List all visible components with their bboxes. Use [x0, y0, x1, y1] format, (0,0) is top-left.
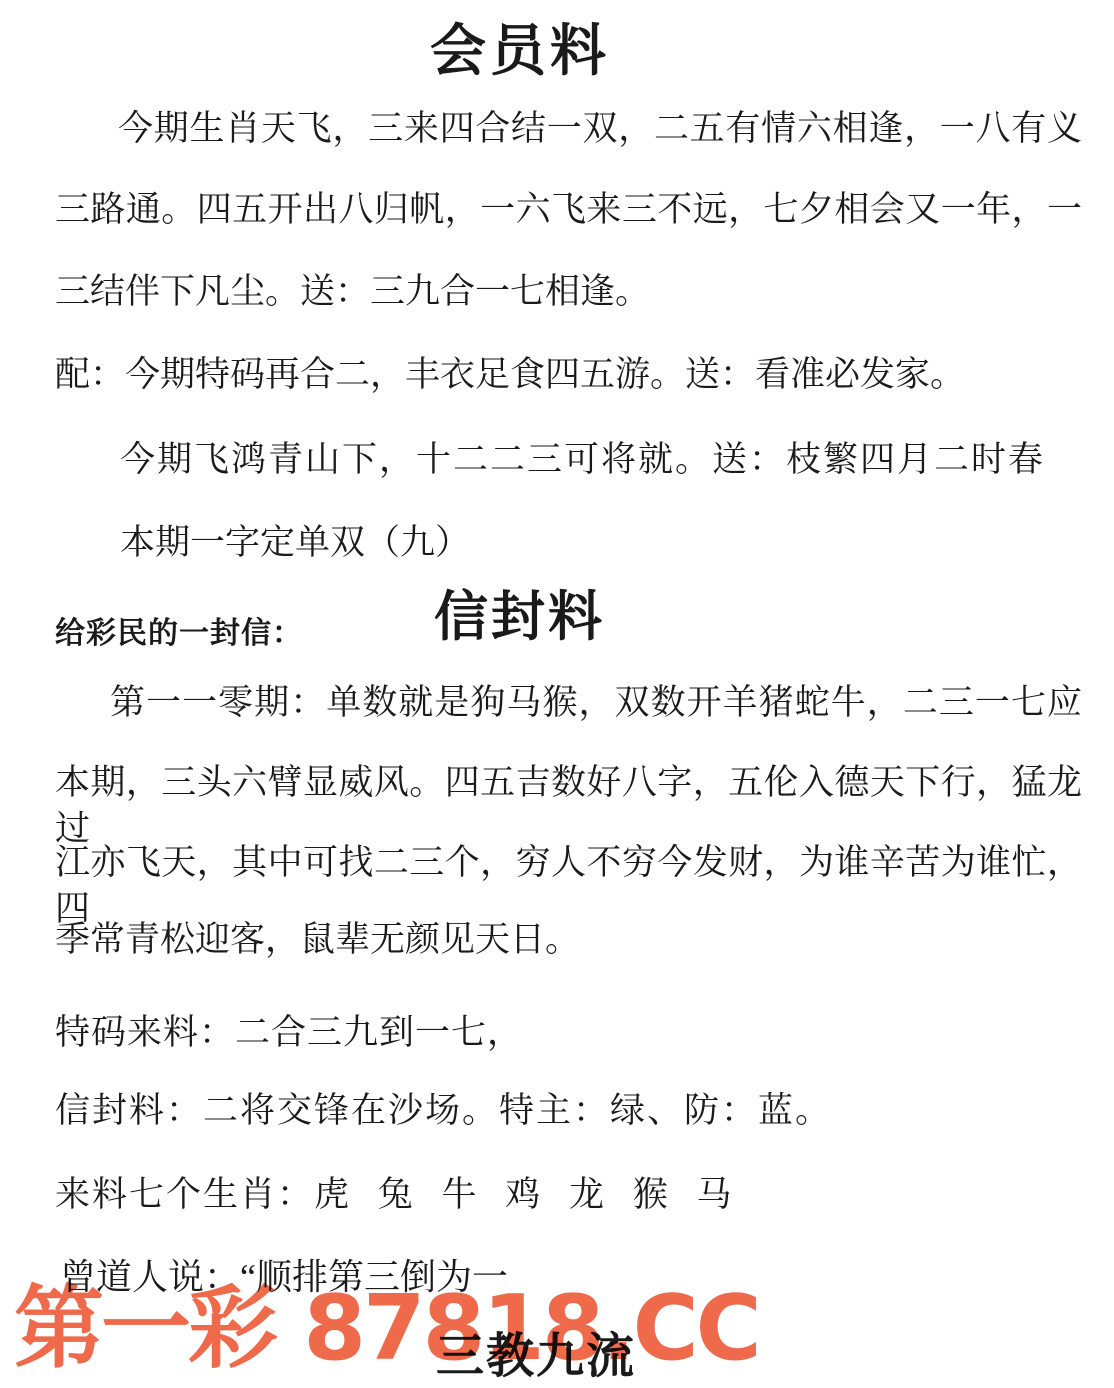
site-watermark: 第一彩 87818.CC: [14, 1284, 759, 1374]
pei-line: 配：今期特码再合二，丰衣足食四五游。送：看准必发家。: [55, 352, 965, 398]
scanned-document-page: 会员料 今期生肖天飞，三来四合结一双，二五有情六相逢，一八有义 三路通。四五开出…: [0, 0, 1114, 1388]
envelope-paragraph-line-4: 季常青松迎客，鼠辈无颜见天日。: [55, 917, 580, 963]
member-paragraph-line-3: 三结伴下凡尘。送：三九合一七相逢。: [55, 269, 650, 315]
letter-to-punters-label: 给彩民的一封信：: [55, 608, 303, 652]
envelope-paragraph-line-1: 第一一零期：单数就是狗马猴，双数开羊猪蛇牛，二三一七应: [55, 680, 1082, 726]
member-paragraph-line-2: 三路通。四五开出八归帆，一六飞来三不远，七夕相会又一年，一: [55, 187, 1082, 233]
envelope-section-heading: 信封料: [434, 588, 605, 647]
feihong-line: 今期飞鸿青山下，十二二三可将就。送：枝繁四月二时春: [120, 437, 1045, 483]
envelope-tip-line: 信封料：二将交锋在沙场。特主：绿、防：蓝。: [55, 1088, 832, 1134]
tema-tip-line: 特码来料：二合三九到一七，: [55, 1010, 523, 1056]
member-paragraph-line-1: 今期生肖天飞，三来四合结一双，二五有情六相逢，一八有义: [55, 106, 1082, 152]
dingdanshuang-line: 本期一字定单双（九）: [120, 520, 470, 566]
page-title: 会员料: [430, 22, 610, 84]
envelope-paragraph-line-2: 本期，三头六臂显威风。四五吉数好八字，五伦入德天下行，猛龙过: [55, 760, 1082, 851]
zodiac-tip-line: 来料七个生肖：虎 兔 牛 鸡 龙 猴 马: [55, 1172, 734, 1218]
